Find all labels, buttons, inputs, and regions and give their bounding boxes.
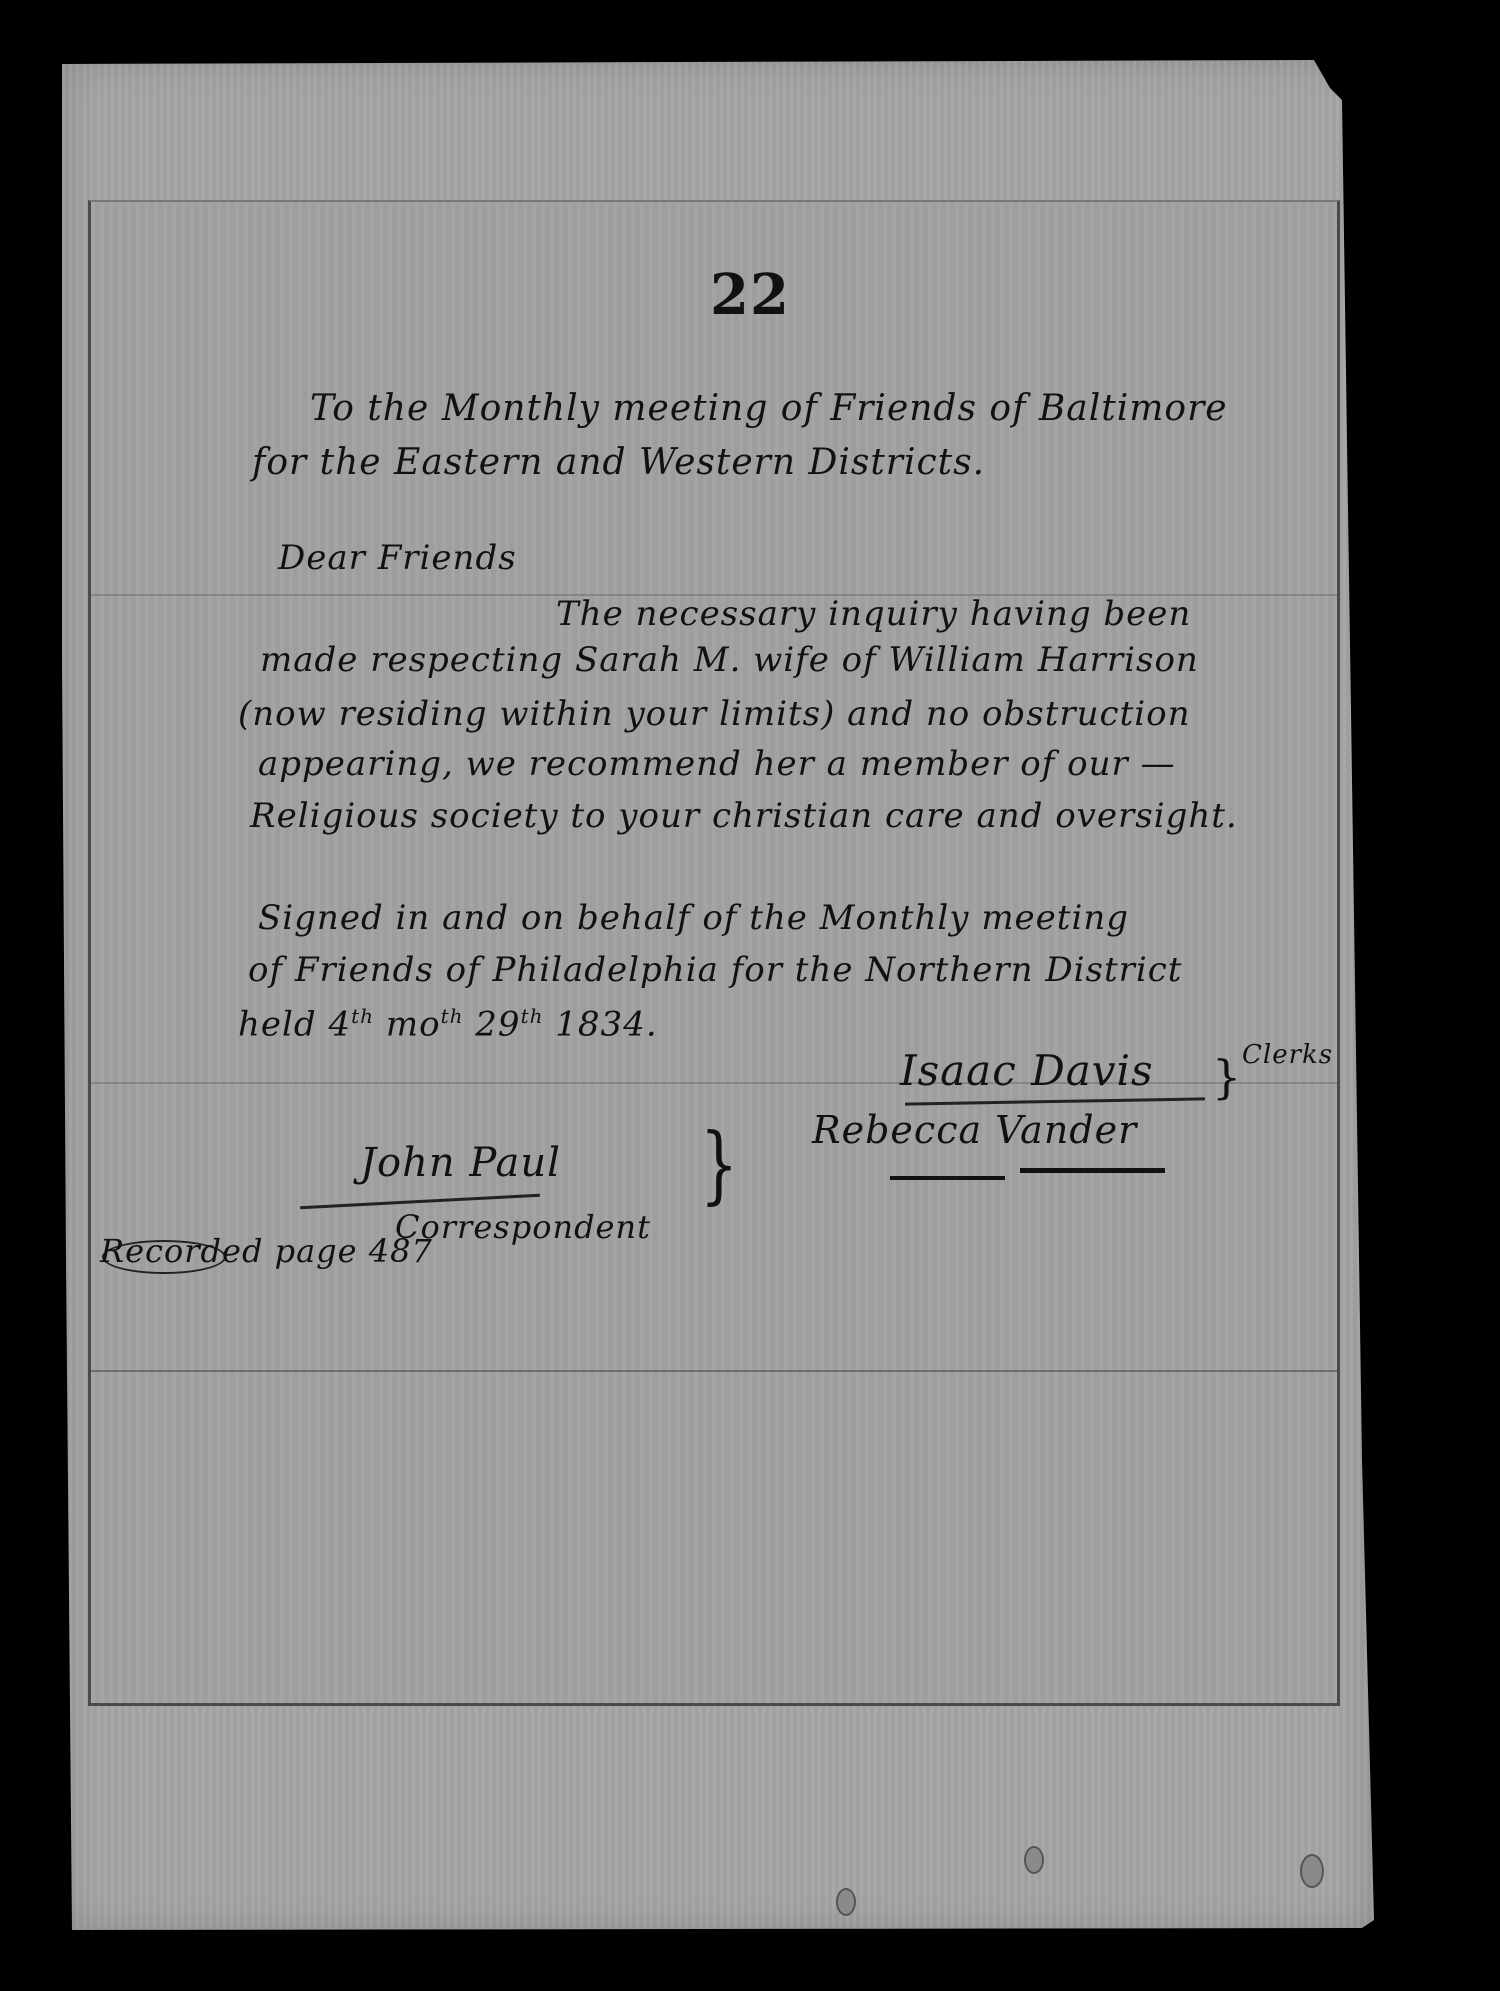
correspondent-label: Correspondent <box>395 1208 651 1246</box>
signature-isaac-davis: Isaac Davis <box>900 1046 1154 1095</box>
signature-john-paul: John Paul <box>360 1140 561 1186</box>
brace-icon: } <box>1212 1050 1241 1104</box>
date-mo-suffix: th <box>441 1004 464 1028</box>
date-month-suffix: th <box>351 1004 374 1028</box>
address-line-2: for the Eastern and Western Districts. <box>252 442 985 483</box>
signed-line-1: Signed in and on behalf of the Monthly m… <box>258 898 1129 938</box>
address-line-1: To the Monthly meeting of Friends of Bal… <box>310 388 1228 429</box>
paper-hole-icon <box>1024 1846 1044 1874</box>
date-mo: mo <box>374 1004 441 1044</box>
recorded-annotation: Recorded page 487 <box>100 1232 433 1270</box>
date-year: 1834. <box>543 1004 657 1044</box>
date-month: held 4 <box>238 1004 351 1044</box>
paper-hole-icon <box>1300 1854 1324 1888</box>
clerks-label: Clerks <box>1242 1040 1333 1070</box>
body-line-4: appearing, we recommend her a member of … <box>258 744 1176 784</box>
date-line: held 4th moth 29th 1834. <box>238 1004 658 1044</box>
salutation: Dear Friends <box>278 538 517 578</box>
signed-line-2: of Friends of Philadelphia for the North… <box>248 950 1182 990</box>
body-line-5: Religious society to your christian care… <box>250 796 1238 836</box>
body-line-1: The necessary inquiry having been <box>556 594 1191 634</box>
signature-rebecca: Rebecca Vander <box>812 1108 1137 1152</box>
body-line-3: (now residing within your limits) and no… <box>238 694 1191 734</box>
brace-icon: } <box>700 1116 738 1214</box>
signature-underline <box>1020 1168 1165 1173</box>
signature-underline <box>890 1176 1005 1180</box>
date-day: 29 <box>463 1004 520 1044</box>
page-number: 22 <box>0 262 1500 328</box>
date-day-suffix: th <box>521 1004 544 1028</box>
fold-line <box>91 1370 1337 1372</box>
paper-hole-icon <box>836 1888 856 1916</box>
body-line-2: made respecting Sarah M. wife of William… <box>260 640 1199 680</box>
